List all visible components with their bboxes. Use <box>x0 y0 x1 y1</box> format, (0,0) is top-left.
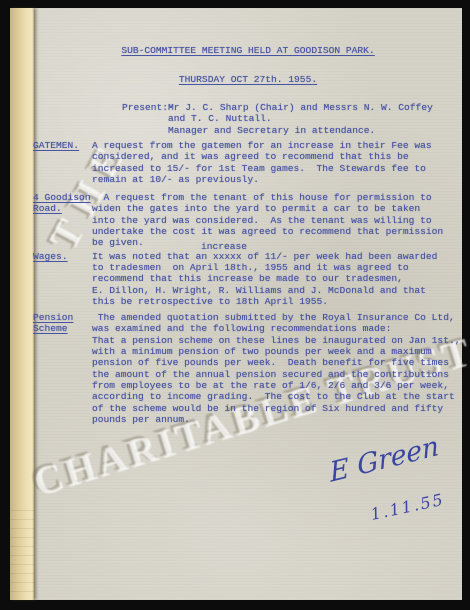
paper-page: THE CHARITABLE TRUST SUB-COMMITTEE MEETI… <box>10 8 462 600</box>
signature-handwriting: E Green <box>327 431 440 489</box>
section-heading: GATEMEN. <box>33 140 79 151</box>
section-body: A request from the gatemen for an increa… <box>92 140 460 185</box>
section-body: A request from the tenant of this house … <box>92 192 460 248</box>
document-scan: { "colors": { "border": "#0c0c0c", "pape… <box>0 0 470 610</box>
section-body: The amended quotation submitted by the R… <box>92 312 460 425</box>
section-heading: Pension Scheme <box>33 312 73 335</box>
signature-block: E Green 1.11.55 <box>310 428 470 543</box>
present-label: Present:- <box>122 102 174 113</box>
signature-date-handwriting: 1.11.55 <box>369 490 446 524</box>
present-attendees: Mr J. C. Sharp (Chair) and Messrs N. W. … <box>168 102 433 136</box>
section-pension-scheme: Pension Scheme The amended quotation sub… <box>33 312 460 425</box>
section-gatemen: GATEMEN. A request from the gatemen for … <box>33 140 460 185</box>
meeting-date-heading: THURSDAY OCT 27th. 1955. <box>34 74 462 85</box>
typed-correction-insert: increase <box>201 241 247 252</box>
page-title: SUB-COMMITTEE MEETING HELD AT GOODISON P… <box>34 45 462 56</box>
section-heading: 4 Goodison Road. <box>33 192 91 215</box>
section-wages: increase Wages. It was noted that an xxx… <box>33 251 460 307</box>
section-heading: Wages. <box>33 251 68 262</box>
section-body: It was noted that an xxxxx of 11/- per w… <box>92 251 460 307</box>
minutes-sections: GATEMEN. A request from the gatemen for … <box>33 140 460 425</box>
